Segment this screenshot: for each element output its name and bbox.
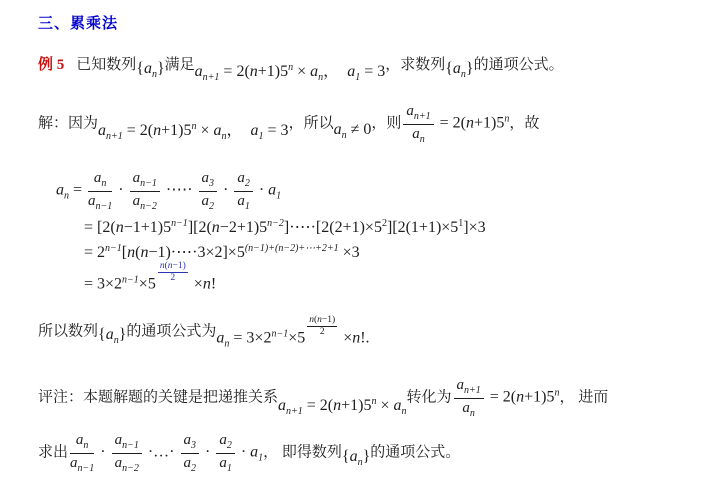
math-subscript: n	[402, 406, 407, 417]
math-subscript: n−2	[140, 201, 157, 212]
fraction-numerator: n(n−1)	[307, 315, 337, 327]
math-subscript: 1	[227, 463, 232, 474]
math-group: an = 3×2n−1×5n(n−1)2 ×n!.	[216, 315, 369, 349]
math-group: {an}	[136, 60, 164, 80]
math-roman: ×	[376, 397, 393, 414]
math-variable: a	[462, 400, 470, 416]
math-group: {an}	[98, 326, 126, 346]
math-variable: a	[133, 170, 141, 186]
math-subscript: 2	[209, 201, 214, 212]
math-roman: ·	[219, 182, 232, 199]
math-roman: ·	[255, 182, 268, 199]
example-statement-line: 例 5已知数列{an}满足an+1 = 2(n+1)5n × an， a1 = …	[38, 53, 564, 83]
math-roman: = 3	[264, 122, 289, 139]
math-roman: }	[157, 60, 165, 77]
math-variable: a	[394, 397, 402, 414]
math-subscript: 1	[276, 191, 281, 202]
math-variable: a	[214, 122, 222, 139]
fraction-numerator: an−1	[112, 432, 142, 454]
fraction-numerator: n(n−1)	[158, 261, 188, 273]
math-roman: = 3×2	[84, 275, 122, 292]
math-variable: a	[184, 432, 192, 448]
math-variable: n	[203, 275, 211, 292]
math-roman: {	[98, 326, 106, 343]
remark-continuation-line: 求出anan−1 · an−1an−2 ·…· a3a2 · a2a1 · a1…	[38, 432, 460, 474]
remark-line: 评注：本题解题的关键是把递推关系an+1 = 2(n+1)5n × an转化为a…	[38, 377, 608, 419]
math-roman: ×	[190, 275, 203, 292]
math-variable: a	[278, 397, 286, 414]
math-variable: a	[184, 455, 192, 471]
math-roman: = 2(	[123, 122, 153, 139]
math-variable: n	[466, 115, 474, 132]
fraction-denominator: an−2	[112, 454, 142, 475]
math-subscript: n+1	[414, 111, 431, 122]
math-roman: = 2(	[486, 389, 516, 406]
fraction-denominator: a1	[234, 192, 253, 213]
math-variable: a	[251, 122, 259, 139]
fraction-numerator: an	[88, 170, 112, 192]
math-cjk-text: 评注：本题解题的关键是把递推关系	[38, 390, 278, 406]
math-variable: a	[268, 182, 276, 199]
math-variable: a	[106, 326, 114, 343]
math-subscript: n+1	[464, 385, 481, 396]
math-cjk-text: ，故	[509, 116, 539, 132]
math-roman: = 3	[360, 63, 385, 80]
math-superscript: n−1	[105, 243, 122, 254]
fraction-denominator: a1	[216, 454, 235, 475]
math-variable: a	[115, 432, 123, 448]
math-variable: a	[237, 193, 245, 209]
math-subscript: n	[101, 178, 106, 189]
math-group: an ≠ 0	[334, 121, 372, 141]
math-variable: a	[88, 193, 96, 209]
math-roman: !.	[360, 329, 369, 346]
math-variable: a	[347, 63, 355, 80]
fraction-numerator: an+1	[454, 377, 484, 399]
fraction-denominator: an	[403, 125, 433, 146]
math-roman: !	[211, 275, 216, 292]
math-subscript: n−1	[78, 463, 95, 474]
math-cjk-text: 的通项公式为	[126, 323, 216, 339]
fraction-denominator: an	[454, 399, 484, 420]
math-roman: = 2(	[436, 115, 466, 132]
math-roman: ]×3	[463, 219, 485, 236]
math-group: {an}	[445, 60, 473, 80]
math-variable: a	[406, 103, 414, 119]
math-roman: = 2	[84, 244, 105, 261]
math-superscript-fraction: n(n−1)2	[158, 261, 188, 285]
math-subscript: 2	[245, 178, 250, 189]
math-fraction: a2a1	[234, 170, 253, 212]
math-cjk-text: ，则	[371, 116, 401, 132]
math-variable: a	[202, 170, 210, 186]
math-roman: ×	[196, 122, 213, 139]
math-variable: a	[334, 121, 342, 138]
math-roman: ·	[201, 444, 214, 461]
math-subscript: 3	[191, 440, 196, 451]
document-page: 三、累乘法 例 5已知数列{an}满足an+1 = 2(n+1)5n × an，…	[0, 0, 703, 494]
math-roman: ，	[227, 122, 251, 139]
derivation-line-2: = [2(n−1+1)5n−1][2(n−2+1)5n−2]·⋯·[2(2+1)…	[84, 217, 486, 237]
math-cjk-text: 求出	[38, 445, 68, 461]
math-variable: a	[144, 60, 152, 77]
math-subscript: 2	[227, 440, 232, 451]
math-roman: = [2(	[84, 219, 116, 236]
math-roman: +1)5	[474, 115, 504, 132]
math-variable: a	[133, 193, 141, 209]
fraction-numerator: a3	[199, 170, 218, 192]
math-superscript: (n−1)+(n−2)+⋯+2+1	[245, 243, 339, 254]
math-roman: −1)	[173, 261, 186, 271]
fraction-denominator: 2	[307, 327, 337, 338]
math-group: {an}	[342, 448, 370, 468]
math-roman: =	[69, 182, 86, 199]
math-fraction: an+1an	[454, 377, 484, 419]
math-variable: n	[333, 397, 341, 414]
math-subscript: n	[420, 134, 425, 145]
math-roman: ][2(	[188, 219, 212, 236]
derivation-line-4: = 3×2n−1×5n(n−1)2 ×n!	[84, 261, 216, 293]
math-variable: a	[350, 448, 358, 465]
math-roman: +1)5	[524, 389, 554, 406]
math-variable: n	[250, 63, 258, 80]
math-fraction: an+1an	[403, 103, 433, 145]
math-variable: a	[98, 122, 106, 139]
math-subscript: n−1	[140, 178, 157, 189]
math-subscript: n+1	[286, 406, 303, 417]
math-variable: a	[115, 455, 123, 471]
math-roman: −1)·⋯·3×2]×5	[148, 244, 244, 261]
math-roman: = 3×2	[229, 329, 271, 346]
conclusion-line: 所以数列{an}的通项公式为an = 3×2n−1×5n(n−1)2 ×n!.	[38, 315, 370, 349]
math-subscript: n+1	[203, 72, 220, 83]
section-heading: 三、累乘法	[38, 12, 118, 33]
math-fraction: an−1an−2	[130, 170, 160, 212]
math-superscript-fraction: n(n−1)2	[307, 315, 337, 339]
fraction-denominator: an−2	[130, 192, 160, 213]
math-variable: n	[212, 219, 220, 236]
math-subscript: n+1	[106, 131, 123, 142]
math-roman: −1)	[322, 315, 335, 325]
math-fraction: a3a2	[199, 170, 218, 212]
math-superscript: n−1	[271, 328, 288, 339]
math-variable: a	[202, 193, 210, 209]
math-cjk-text: 转化为	[407, 390, 452, 406]
math-group: an+1 = 2(n+1)5n × an， a1 = 3	[98, 117, 289, 142]
math-superscript: n−2	[267, 218, 284, 229]
math-subscript: n−2	[122, 463, 139, 474]
example-statement-math: 已知数列{an}满足an+1 = 2(n+1)5n × an， a1 = 3，求…	[76, 56, 563, 73]
math-cjk-text: ，求数列	[385, 57, 445, 73]
math-fraction: an−1an−2	[112, 432, 142, 474]
math-cjk-text: 的通项公式。	[370, 445, 460, 461]
math-variable: n	[516, 389, 524, 406]
math-roman: {	[342, 448, 350, 465]
math-roman: ×3	[339, 244, 360, 261]
math-variable: n	[116, 219, 124, 236]
math-roman: ，	[323, 63, 347, 80]
math-cjk-text: 所以数列	[38, 323, 98, 339]
solution-line: 解：因为an+1 = 2(n+1)5n × an， a1 = 3，所以an ≠ …	[38, 103, 539, 145]
math-variable: a	[195, 63, 203, 80]
math-roman: ×	[293, 63, 310, 80]
math-roman: ×5	[288, 329, 305, 346]
fraction-denominator: 2	[158, 273, 188, 284]
math-variable: a	[70, 455, 78, 471]
math-roman: }	[466, 60, 474, 77]
math-roman: ]·⋯·[2(2+1)×5	[284, 219, 382, 236]
math-superscript: n−1	[122, 274, 139, 285]
math-roman: ·	[96, 444, 109, 461]
math-roman: −2+1)5	[220, 219, 267, 236]
math-variable: n	[153, 122, 161, 139]
math-roman: +1)5	[341, 397, 371, 414]
math-cjk-text: 的通项公式。	[474, 57, 564, 73]
math-roman: {	[136, 60, 144, 77]
math-variable: a	[453, 60, 461, 77]
math-roman: ×	[339, 329, 352, 346]
math-roman: 2	[170, 273, 175, 283]
math-variable: a	[310, 63, 318, 80]
math-roman: = 2(	[303, 397, 333, 414]
math-variable: a	[250, 444, 258, 461]
math-roman: ·⋯·	[162, 182, 197, 199]
derivation-line-1: an = anan−1 · an−1an−2 ·⋯· a3a2 · a2a1 ·…	[56, 170, 281, 212]
math-roman: ·	[237, 444, 250, 461]
math-cjk-text: 解：因为	[38, 116, 98, 132]
math-roman: ×5	[139, 275, 156, 292]
fraction-denominator: a2	[199, 192, 218, 213]
math-subscript: 1	[245, 201, 250, 212]
fraction-numerator: a2	[234, 170, 253, 192]
math-subscript: n	[470, 408, 475, 419]
fraction-denominator: a2	[181, 454, 200, 475]
fraction-numerator: an	[70, 432, 94, 454]
math-variable: n	[127, 244, 135, 261]
math-variable: a	[219, 455, 227, 471]
math-cjk-text: ， 即得数列	[263, 445, 342, 461]
fraction-numerator: an+1	[403, 103, 433, 125]
math-group: an+1 = 2(n+1)5n × an， a1 = 3	[195, 58, 386, 83]
math-subscript: n−1	[96, 201, 113, 212]
derivation-line-3: = 2n−1[n(n−1)·⋯·3×2]×5(n−1)+(n−2)+⋯+2+1 …	[84, 242, 360, 262]
math-fraction: a2a1	[216, 432, 235, 474]
math-cjk-text: 已知数列	[76, 57, 136, 73]
math-cjk-text: ，所以	[289, 116, 334, 132]
math-superscript: n−1	[171, 218, 188, 229]
fraction-denominator: an−1	[70, 454, 94, 475]
math-variable: a	[412, 126, 420, 142]
math-subscript: n	[83, 440, 88, 451]
math-subscript: 2	[191, 463, 196, 474]
math-variable: a	[237, 170, 245, 186]
math-roman: = 2(	[219, 63, 249, 80]
math-roman: ·…·	[144, 444, 179, 461]
math-cjk-text: ， 进而	[560, 390, 609, 406]
math-fraction: a3a2	[181, 432, 200, 474]
math-roman: ][2(1+1)×5	[387, 219, 458, 236]
example-label: 例 5	[38, 57, 64, 73]
math-roman: −1+1)5	[124, 219, 171, 236]
math-variable: a	[219, 432, 227, 448]
math-subscript: 3	[209, 178, 214, 189]
math-roman: +1)5	[258, 63, 288, 80]
math-roman: {	[445, 60, 453, 77]
math-subscript: n−1	[122, 440, 139, 451]
math-roman: +1)5	[161, 122, 191, 139]
math-roman: ≠ 0	[347, 121, 372, 138]
fraction-numerator: a3	[181, 432, 200, 454]
fraction-denominator: an−1	[88, 192, 112, 213]
math-variable: a	[56, 182, 64, 199]
math-fraction: anan−1	[88, 170, 112, 212]
math-roman: 2	[320, 327, 325, 337]
fraction-numerator: an−1	[130, 170, 160, 192]
math-fraction: anan−1	[70, 432, 94, 474]
math-group: an+1 = 2(n+1)5n × an	[278, 396, 407, 417]
math-cjk-text: 满足	[165, 57, 195, 73]
fraction-numerator: a2	[216, 432, 235, 454]
math-variable: a	[457, 377, 465, 393]
math-roman: ·	[114, 182, 127, 199]
